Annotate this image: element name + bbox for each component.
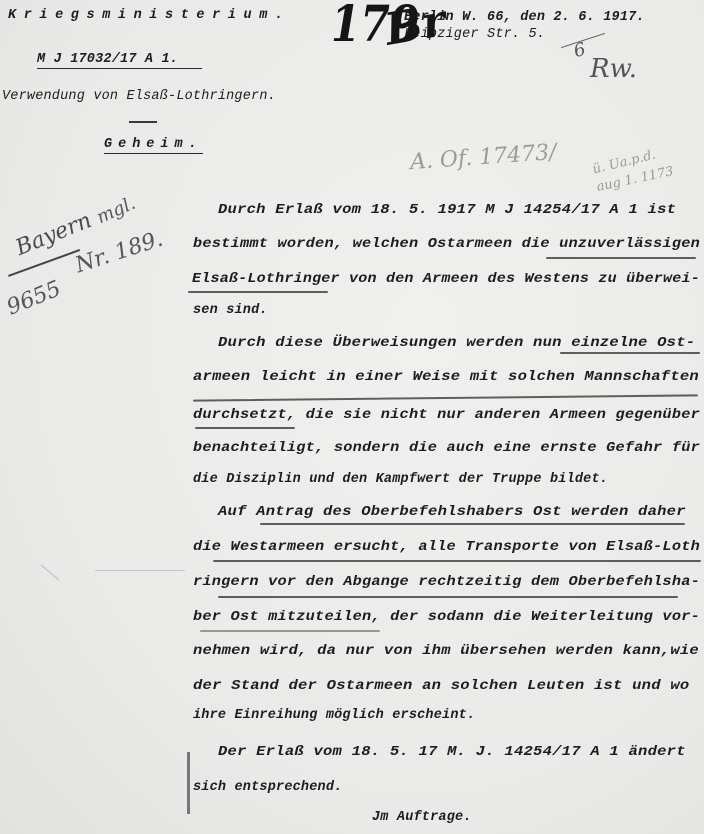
office-title: Kriegsministerium. xyxy=(8,8,291,23)
reference-number: M J 17032/17 A 1. xyxy=(37,52,202,69)
body-line: armeen leicht in einer Weise mit solchen… xyxy=(193,370,699,385)
body-line: die Disziplin und den Kampfwert der Trup… xyxy=(193,472,608,487)
body-line: ihre Einreihung möglich erscheint. xyxy=(193,708,475,723)
margin-note-number: 9655 xyxy=(3,276,64,320)
body-line: sen sind. xyxy=(193,303,268,318)
classification-label: Geheim. xyxy=(104,137,203,154)
body-line: Durch diese Überweisungen werden nun ein… xyxy=(218,336,695,351)
body-line: die Westarmeen ersucht, alle Transporte … xyxy=(193,540,700,555)
divider xyxy=(129,121,157,123)
underline-westarmeen xyxy=(213,560,701,562)
body-line: nehmen wird, da nur von ihm übersehen we… xyxy=(193,644,699,659)
underline-antrag xyxy=(260,523,685,525)
body-line: Auf Antrag des Oberbefehlshabers Ost wer… xyxy=(218,505,686,520)
body-line: Der Erlaß vom 18. 5. 17 M. J. 14254/17 A… xyxy=(218,745,686,760)
body-line: sich entsprechend. xyxy=(193,780,342,795)
bleed-through-mark-2 xyxy=(95,570,185,571)
margin-vertical-mark xyxy=(187,752,190,814)
handwritten-initials: Rw. xyxy=(590,54,637,84)
body-line: durchsetzt, die sie nicht nur anderen Ar… xyxy=(193,408,700,423)
body-line: ringern vor den Abgange rechtzeitig dem … xyxy=(193,575,700,590)
bleed-through-mark xyxy=(40,564,59,580)
underline-durchsetzt xyxy=(195,427,295,429)
underline-armeen-leicht xyxy=(193,394,698,401)
document-page: Kriegsministerium. M J 17032/17 A 1. Ver… xyxy=(0,0,704,834)
pencil-filing-note: A. Of. 17473/ xyxy=(409,140,557,175)
underline-ringern xyxy=(218,596,678,598)
body-line: bestimmt worden, welchen Ostarmeen die u… xyxy=(193,237,700,252)
body-line: Elsaß-Lothringer von den Armeen des West… xyxy=(192,272,700,287)
underline-ber-ost xyxy=(200,630,380,632)
underline-einzelne-ost xyxy=(560,352,700,354)
margin-note-mgl: mgl. xyxy=(93,193,138,228)
body-line: Durch Erlaß vom 18. 5. 1917 M J 14254/17… xyxy=(218,203,676,218)
body-line: der Stand der Ostarmeen an solchen Leute… xyxy=(193,679,689,694)
handwritten-initial: Br xyxy=(381,0,449,56)
subject-line: Verwendung von Elsaß-Lothringern. xyxy=(2,89,276,104)
closing-line: Jm Auftrage. xyxy=(372,810,472,825)
body-line: ber Ost mitzuteilen, der sodann die Weit… xyxy=(193,610,700,625)
underline-elsass-lothringer xyxy=(188,291,328,293)
underline-unzuverlaessigen xyxy=(546,257,696,259)
body-line: benachteiligt, sondern die auch eine ern… xyxy=(193,441,700,456)
